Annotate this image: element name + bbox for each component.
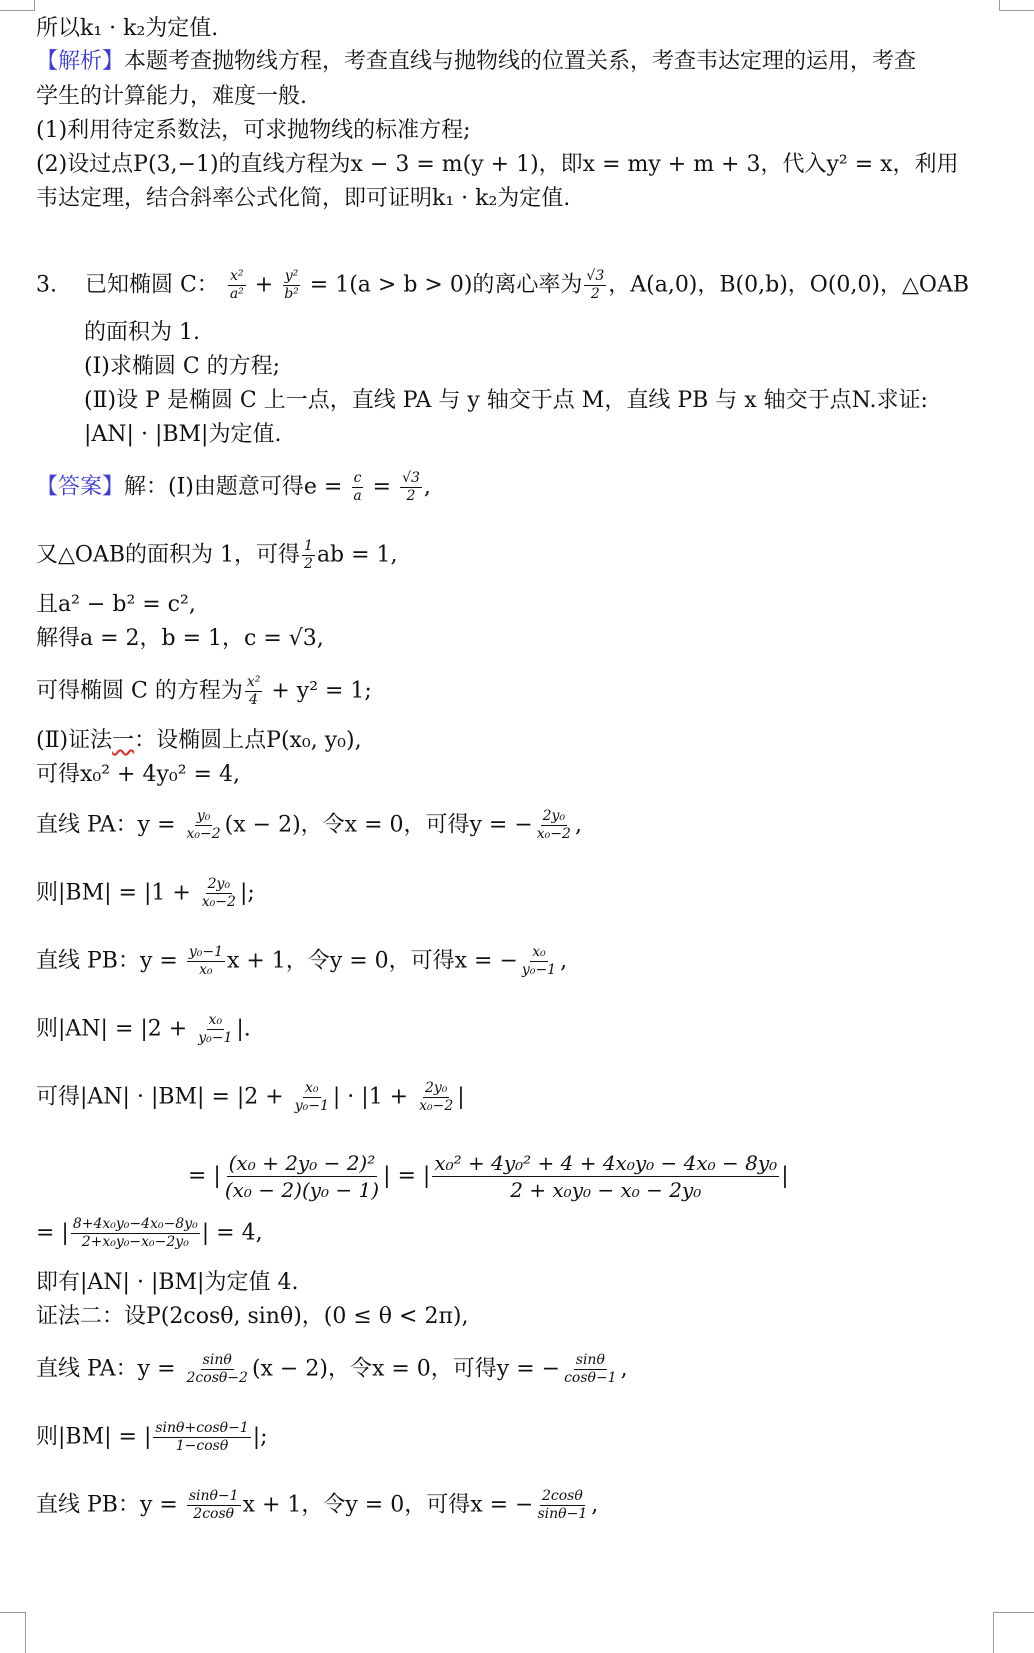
proof-1-line-4: 直线 PB：y = y₀−1x₀x + 1，令y = 0，可得x = −x₀y₀… <box>36 944 567 979</box>
answer-line-1: 【答案】解：(Ⅰ)由题意可得e = ca = √32, <box>36 470 431 505</box>
fraction: x²4 <box>245 674 263 709</box>
spellcheck-squiggle: 一 <box>112 728 134 753</box>
analysis-tag: 【解析】 <box>36 49 124 74</box>
proof-1-line-2: 直线 PA：y = y₀x₀−2(x − 2)，令x = 0，可得y = −2y… <box>36 808 582 843</box>
proof-2-line-1: 直线 PA：y = sinθ2cosθ−2(x − 2)，令x = 0，可得y … <box>36 1352 628 1387</box>
proof-1-line-7: = |(x₀ + 2y₀ − 2)²(x₀ − 2)(y₀ − 1)| = |x… <box>188 1150 789 1203</box>
fraction: 2cosθsinθ−1 <box>536 1488 590 1523</box>
fraction: 8+4x₀y₀−4x₀−8y₀2+x₀y₀−x₀−2y₀ <box>71 1216 200 1251</box>
proof-1-conclusion: 即有|AN| · |BM|为定值 4. <box>36 1268 298 1298</box>
proof-2-header: 证法二：设P(2cosθ, sinθ)，(0 ≤ θ < 2π), <box>36 1302 469 1332</box>
fraction: y₀x₀−2 <box>185 808 223 843</box>
answer-line-4: 解得a = 2，b = 1，c = √3, <box>36 624 324 654</box>
answer-line-3: 且a² − b² = c², <box>36 590 196 620</box>
fraction: √32 <box>584 268 606 303</box>
analysis-step-1: (1)利用待定系数法，可求抛物线的标准方程; <box>36 116 471 146</box>
fraction: x₀y₀−1 <box>520 944 558 979</box>
problem-part-1: (Ⅰ)求椭圆 C 的方程; <box>84 352 280 382</box>
proof-1-line-5: 则|AN| = |2 + x₀y₀−1|. <box>36 1012 251 1047</box>
fraction: y₀−1x₀ <box>187 944 225 979</box>
proof-2-line-2: 则|BM| = |sinθ+cosθ−11−cosθ|; <box>36 1420 268 1455</box>
fraction: ca <box>351 470 363 505</box>
page-corner-mark-bottom-left <box>0 1612 26 1653</box>
fraction: 12 <box>302 538 315 573</box>
proof-1-line-6: 可得|AN| · |BM| = |2 + x₀y₀−1| · |1 + 2y₀x… <box>36 1080 465 1115</box>
stem-text: 已知椭圆 C： <box>85 273 219 298</box>
fraction: 2y₀x₀−2 <box>417 1080 455 1115</box>
fraction: 2y₀x₀−2 <box>535 808 573 843</box>
proof-1-line-8: = |8+4x₀y₀−4x₀−8y₀2+x₀y₀−x₀−2y₀| = 4, <box>36 1216 263 1251</box>
page-corner-mark-top-left <box>0 0 35 11</box>
answer-line-2: 又△OAB的面积为 1，可得12ab = 1, <box>36 538 398 573</box>
problem-stem: 3. 已知椭圆 C： x²a² + y²b² = 1(a > b > 0)的离心… <box>36 268 969 303</box>
analysis-continued: 学生的计算能力，难度一般. <box>36 82 307 112</box>
fraction: sinθ2cosθ−2 <box>185 1352 250 1387</box>
conclusion-line: 所以k₁ · k₂为定值. <box>36 14 218 44</box>
fraction: sinθcosθ−1 <box>562 1352 619 1387</box>
proof-1-header: (Ⅱ)证法一：设椭圆上点P(x₀, y₀), <box>36 726 362 756</box>
analysis-step-2-continued: 韦达定理，结合斜率公式化简，即可证明k₁ · k₂为定值. <box>36 184 570 214</box>
fraction: sinθ+cosθ−11−cosθ <box>153 1420 250 1455</box>
problem-part-2-continued: |AN| · |BM|为定值. <box>84 420 281 450</box>
fraction: x₀y₀−1 <box>196 1012 234 1047</box>
problem-number: 3. <box>36 273 57 298</box>
analysis-text: 本题考查抛物线方程，考查直线与抛物线的位置关系，考查韦达定理的运用，考查 <box>124 49 916 74</box>
fraction: 2y₀x₀−2 <box>200 876 238 911</box>
problem-stem-continued: 的面积为 1. <box>84 318 200 348</box>
fraction: x²a² <box>228 268 246 303</box>
fraction: √32 <box>400 470 422 505</box>
page-corner-mark-top-right <box>999 0 1034 11</box>
page-corner-mark-bottom-right <box>993 1612 1034 1653</box>
answer-line-5: 可得椭圆 C 的方程为x²4 + y² = 1; <box>36 674 372 709</box>
fraction: x₀² + 4y₀² + 4 + 4x₀y₀ − 4x₀ − 8y₀2 + x₀… <box>432 1150 779 1203</box>
proof-1-line-3: 则|BM| = |1 + 2y₀x₀−2|; <box>36 876 255 911</box>
fraction: x₀y₀−1 <box>293 1080 331 1115</box>
analysis-step-2: (2)设过点P(3,−1)的直线方程为x − 3 = m(y + 1)，即x =… <box>36 150 959 180</box>
fraction: (x₀ + 2y₀ − 2)²(x₀ − 2)(y₀ − 1) <box>223 1150 381 1203</box>
fraction: sinθ−12cosθ <box>187 1488 241 1523</box>
answer-tag: 【答案】 <box>36 475 124 500</box>
analysis-line: 【解析】本题考查抛物线方程，考查直线与抛物线的位置关系，考查韦达定理的运用，考查 <box>36 47 916 77</box>
problem-part-2: (Ⅱ)设 P 是椭圆 C 上一点，直线 PA 与 y 轴交于点 M，直线 PB … <box>84 386 928 416</box>
fraction: y²b² <box>282 268 301 303</box>
proof-1-line-1: 可得x₀² + 4y₀² = 4, <box>36 760 240 790</box>
proof-2-line-3: 直线 PB：y = sinθ−12cosθx + 1，令y = 0，可得x = … <box>36 1488 598 1523</box>
